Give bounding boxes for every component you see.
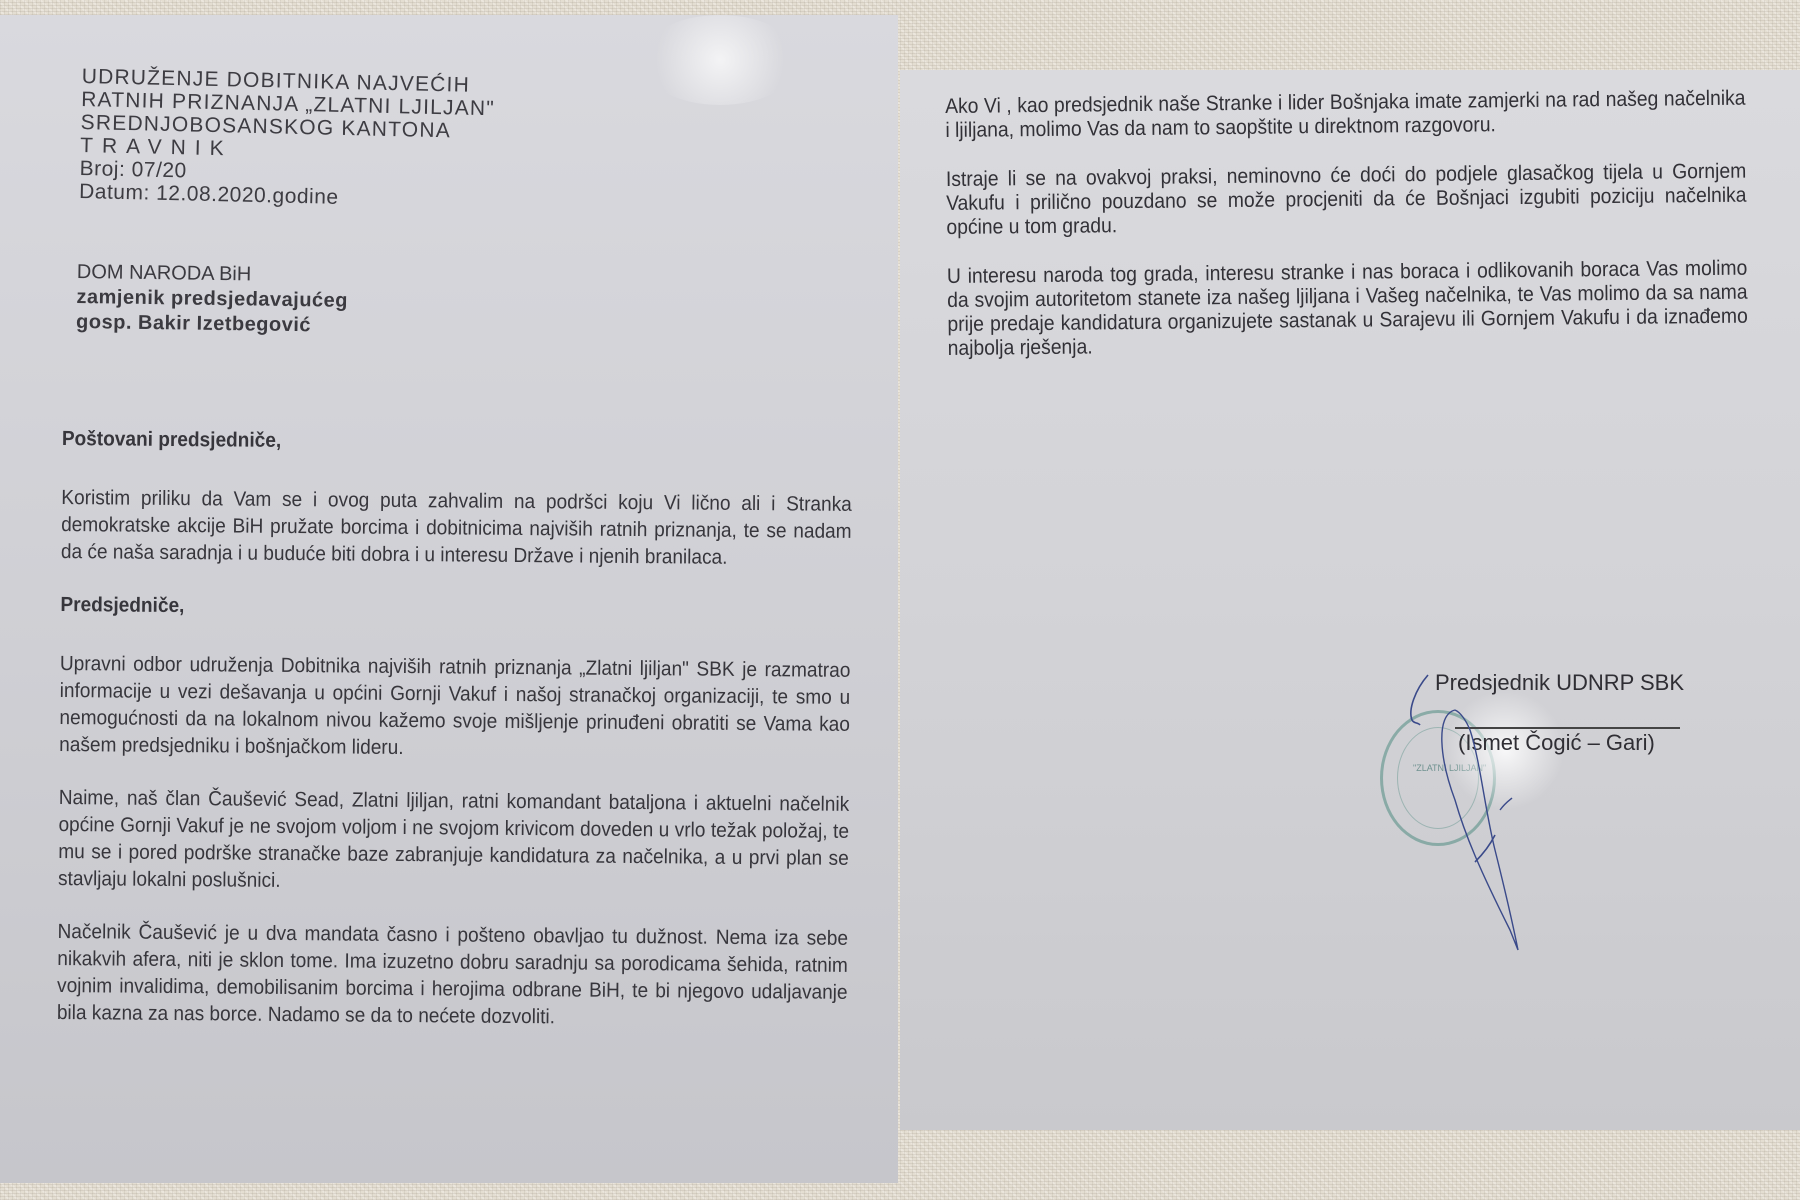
- paragraph: Istraje li se na ovakvoj praksi, neminov…: [946, 160, 1747, 240]
- paragraph: Ako Vi , kao predsjednik naše Stranke i …: [945, 87, 1746, 143]
- salutation-2: Predsjedniče,: [60, 591, 851, 625]
- paragraph: Upravni odbor udruženja Dobitnika najviš…: [59, 650, 850, 765]
- letter-body-page-2: Ako Vi , kao predsjednik naše Stranke i …: [945, 87, 1748, 386]
- recipient-role: zamjenik predsjedavajućeg: [76, 285, 348, 314]
- recipient-name: gosp. Bakir Izetbegović: [76, 310, 348, 339]
- paragraph: Koristim priliku da Vam se i ovog puta z…: [61, 484, 852, 572]
- paragraph: Načelnik Čaušević je u dva mandata časno…: [57, 918, 848, 1033]
- paragraph: U interesu naroda tog grada, interesu st…: [947, 257, 1748, 361]
- handwritten-signature-icon: [1400, 670, 1660, 970]
- letterhead: UDRUŽENJE DOBITNIKA NAJVEĆIH RATNIH PRIZ…: [79, 65, 496, 212]
- letter-page-2: Ako Vi , kao predsjednik naše Stranke i …: [900, 70, 1800, 1130]
- light-glare: [640, 15, 800, 105]
- recipient-institution: DOM NARODA BiH: [77, 260, 349, 289]
- paragraph: Naime, naš član Čaušević Sead, Zlatni lj…: [58, 784, 849, 899]
- salutation: Poštovani predsjedniče,: [62, 425, 853, 459]
- recipient-block: DOM NARODA BiH zamjenik predsjedavajućeg…: [76, 260, 349, 339]
- letter-page-1: UDRUŽENJE DOBITNIKA NAJVEĆIH RATNIH PRIZ…: [0, 15, 898, 1183]
- letter-body-page-1: Poštovani predsjedniče, Koristim priliku…: [57, 425, 852, 1059]
